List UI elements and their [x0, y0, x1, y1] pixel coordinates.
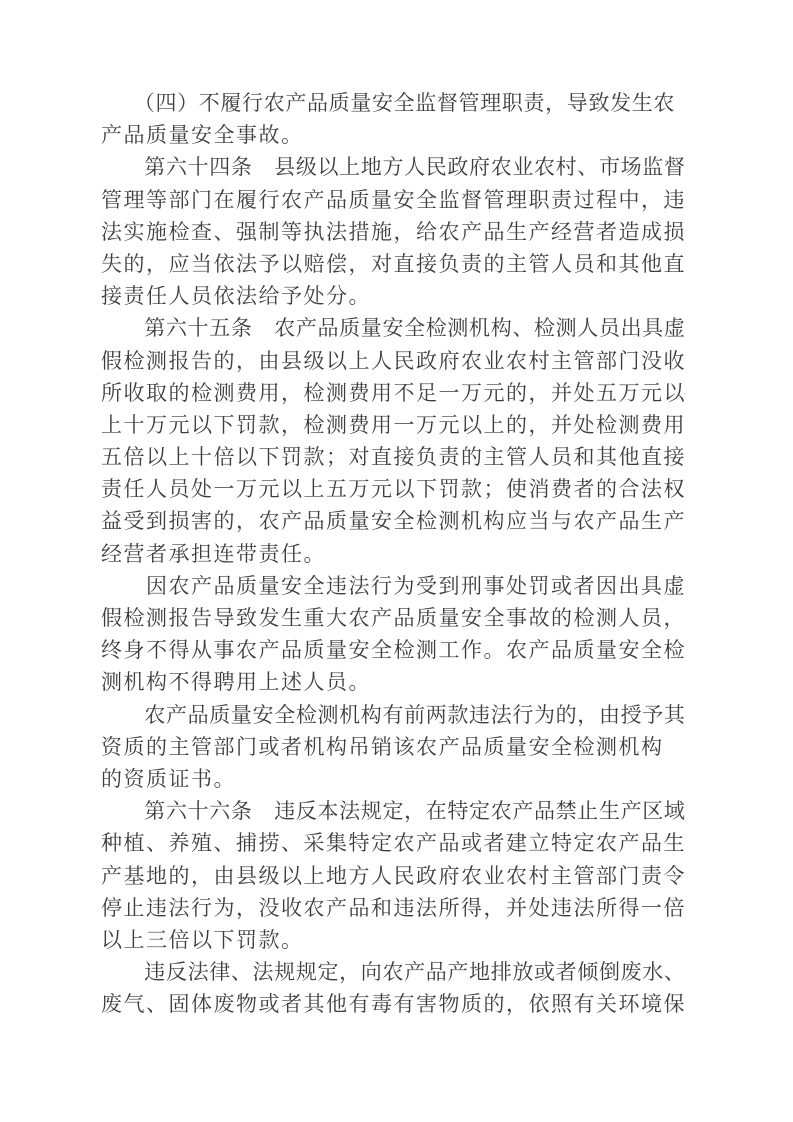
text-line: 废气、固体废物或者其他有毒有害物质的，依照有关环境保	[101, 988, 687, 1020]
text-line: 失的，应当依法予以赔偿，对直接负责的主管人员和其他直	[101, 248, 687, 280]
text-line: 的资质证书。	[101, 763, 687, 795]
text-line: （四）不履行农产品质量安全监督管理职责，导致发生农	[101, 87, 687, 119]
text-line: 假检测报告的，由县级以上人民政府农业农村主管部门没收	[101, 345, 687, 377]
text-line: 第六十六条 违反本法规定，在特定农产品禁止生产区域	[101, 795, 687, 827]
text-line: 五倍以上十倍以下罚款；对直接负责的主管人员和其他直接	[101, 441, 687, 473]
text-line: 益受到损害的，农产品质量安全检测机构应当与农产品生产	[101, 505, 687, 537]
text-line: 第六十四条 县级以上地方人民政府农业农村、市场监督	[101, 151, 687, 183]
text-line: 因农产品质量安全违法行为受到刑事处罚或者因出具虚	[101, 570, 687, 602]
text-line: 停止违法行为，没收农产品和违法所得，并处违法所得一倍	[101, 892, 687, 924]
text-line: 种植、养殖、捕捞、采集特定农产品或者建立特定农产品生	[101, 827, 687, 859]
text-line: 产品质量安全事故。	[101, 119, 687, 151]
text-line: 终身不得从事农产品质量安全检测工作。农产品质量安全检	[101, 634, 687, 666]
text-line: 上十万元以下罚款，检测费用一万元以上的，并处检测费用	[101, 409, 687, 441]
document-page: （四）不履行农产品质量安全监督管理职责，导致发生农 产品质量安全事故。 第六十四…	[0, 0, 793, 1122]
text-line: 经营者承担连带责任。	[101, 538, 687, 570]
text-line: 违反法律、法规规定，向农产品产地排放或者倾倒废水、	[101, 956, 687, 988]
text-line: 所收取的检测费用，检测费用不足一万元的，并处五万元以	[101, 377, 687, 409]
text-line: 以上三倍以下罚款。	[101, 924, 687, 956]
text-line: 管理等部门在履行农产品质量安全监督管理职责过程中，违	[101, 184, 687, 216]
text-line: 测机构不得聘用上述人员。	[101, 666, 687, 698]
text-line: 第六十五条 农产品质量安全检测机构、检测人员出具虚	[101, 312, 687, 344]
text-line: 接责任人员依法给予处分。	[101, 280, 687, 312]
text-line: 产基地的，由县级以上地方人民政府农业农村主管部门责令	[101, 860, 687, 892]
text-line: 法实施检查、强制等执法措施，给农产品生产经营者造成损	[101, 216, 687, 248]
text-line: 假检测报告导致发生重大农产品质量安全事故的检测人员，	[101, 602, 687, 634]
text-line: 责任人员处一万元以上五万元以下罚款；使消费者的合法权	[101, 473, 687, 505]
text-line: 资质的主管部门或者机构吊销该农产品质量安全检测机构	[101, 731, 687, 763]
body-text: （四）不履行农产品质量安全监督管理职责，导致发生农 产品质量安全事故。 第六十四…	[101, 87, 687, 1020]
text-line: 农产品质量安全检测机构有前两款违法行为的，由授予其	[101, 699, 687, 731]
